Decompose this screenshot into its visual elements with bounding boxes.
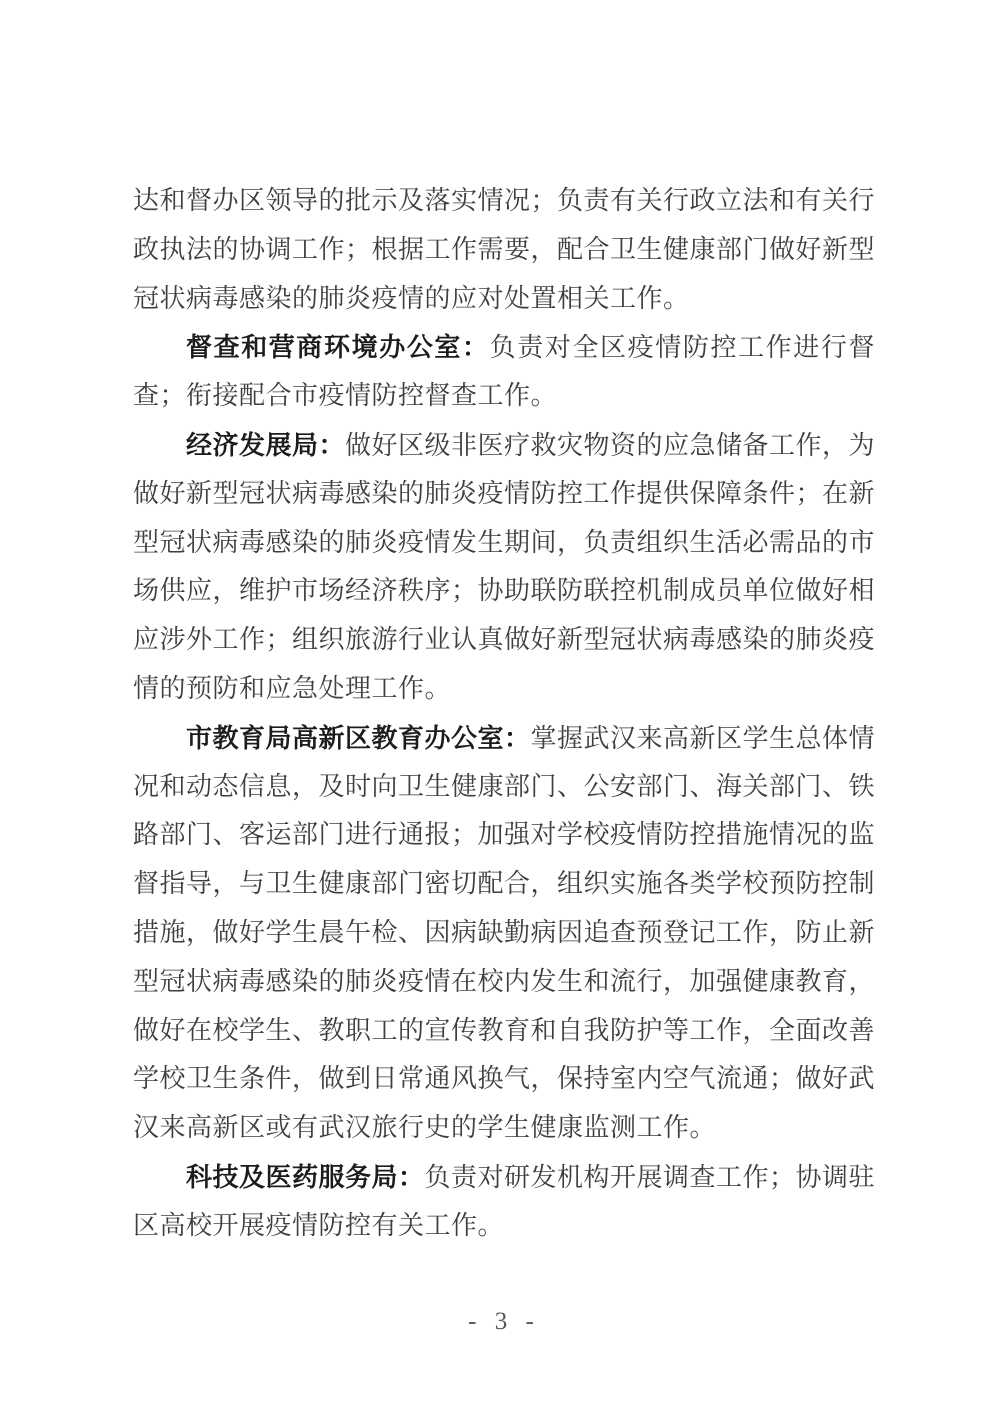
text-line: 查；衔接配合市疫情防控督查工作。 xyxy=(133,372,875,421)
text-line: 场供应，维护市场经济秩序；协助联防联控机制成员单位做好相 xyxy=(133,567,875,616)
text-line: 科技及医药服务局：负责对研发机构开展调查工作；协调驻 xyxy=(133,1153,875,1202)
text-line: 情的预防和应急处理工作。 xyxy=(133,665,875,714)
text-line: 做好新型冠状病毒感染的肺炎疫情防控工作提供保障条件；在新 xyxy=(133,470,875,519)
text-line: 应涉外工作；组织旅游行业认真做好新型冠状病毒感染的肺炎疫 xyxy=(133,616,875,665)
text-line: 汉来高新区或有武汉旅行史的学生健康监测工作。 xyxy=(133,1104,875,1153)
document-page: 达和督办区领导的批示及落实情况；负责有关行政立法和有关行政执法的协调工作；根据工… xyxy=(0,0,1000,1414)
text-line: 型冠状病毒感染的肺炎疫情在校内发生和流行，加强健康教育， xyxy=(133,958,875,1007)
text-line: 冠状病毒感染的肺炎疫情的应对处置相关工作。 xyxy=(133,275,875,324)
text-line: 况和动态信息，及时向卫生健康部门、公安部门、海关部门、铁 xyxy=(133,763,875,812)
paragraph: 经济发展局：做好区级非医疗救灾物资的应急储备工作，为做好新型冠状病毒感染的肺炎疫… xyxy=(133,421,875,714)
paragraph: 达和督办区领导的批示及落实情况；负责有关行政立法和有关行政执法的协调工作；根据工… xyxy=(133,177,875,323)
paragraph: 科技及医药服务局：负责对研发机构开展调查工作；协调驻区高校开展疫情防控有关工作。 xyxy=(133,1153,875,1251)
line-text: 做好区级非医疗救灾物资的应急储备工作，为 xyxy=(345,431,875,460)
text-line: 达和督办区领导的批示及落实情况；负责有关行政立法和有关行 xyxy=(133,177,875,226)
text-line: 做好在校学生、教职工的宣传教育和自我防护等工作，全面改善 xyxy=(133,1007,875,1056)
text-line: 学校卫生条件，做到日常通风换气，保持室内空气流通；做好武 xyxy=(133,1055,875,1104)
text-line: 型冠状病毒感染的肺炎疫情发生期间，负责组织生活必需品的市 xyxy=(133,519,875,568)
text-line: 督指导，与卫生健康部门密切配合，组织实施各类学校预防控制 xyxy=(133,860,875,909)
text-line: 市教育局高新区教育办公室：掌握武汉来高新区学生总体情 xyxy=(133,714,875,763)
department-heading: 市教育局高新区教育办公室： xyxy=(186,723,531,753)
paragraph: 市教育局高新区教育办公室：掌握武汉来高新区学生总体情况和动态信息，及时向卫生健康… xyxy=(133,714,875,1153)
text-line: 措施，做好学生晨午检、因病缺勤病因追查预登记工作，防止新 xyxy=(133,909,875,958)
text-line: 政执法的协调工作；根据工作需要，配合卫生健康部门做好新型 xyxy=(133,226,875,275)
department-heading: 经济发展局： xyxy=(186,430,345,460)
text-line: 路部门、客运部门进行通报；加强对学校疫情防控措施情况的监 xyxy=(133,811,875,860)
text-line: 督查和营商环境办公室：负责对全区疫情防控工作进行督 xyxy=(133,323,875,372)
department-heading: 督查和营商环境办公室： xyxy=(186,332,490,362)
department-heading: 科技及医药服务局： xyxy=(186,1162,425,1192)
document-body: 达和督办区领导的批示及落实情况；负责有关行政立法和有关行政执法的协调工作；根据工… xyxy=(133,177,875,1251)
paragraph: 督查和营商环境办公室：负责对全区疫情防控工作进行督查；衔接配合市疫情防控督查工作… xyxy=(133,323,875,421)
text-line: 区高校开展疫情防控有关工作。 xyxy=(133,1202,875,1251)
line-text: 掌握武汉来高新区学生总体情 xyxy=(531,724,876,753)
page-number: - 3 - xyxy=(133,1308,875,1336)
text-line: 经济发展局：做好区级非医疗救灾物资的应急储备工作，为 xyxy=(133,421,875,470)
line-text: 负责对研发机构开展调查工作；协调驻 xyxy=(425,1163,876,1192)
line-text: 负责对全区疫情防控工作进行督 xyxy=(490,333,875,362)
